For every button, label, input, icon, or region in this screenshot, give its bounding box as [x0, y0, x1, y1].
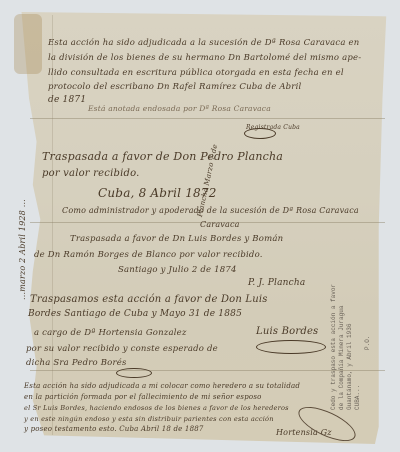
endorsement-4-signature: Luis Bordes [256, 326, 318, 337]
top-line-1: Esta acción ha sido adjudicada a la suce… [48, 38, 359, 48]
endorsement-2-line-2: Caravaca [200, 220, 240, 229]
paper-stain [14, 14, 42, 74]
endorsement-3-line-2: de Dn Ramón Borges de Blanco por valor r… [34, 250, 263, 260]
printed-stamp-line-1: Cedo y traspaso esta acción a favor [330, 284, 337, 410]
endorsement-4-line-5: dicha Sra Pedro Borés [26, 358, 127, 368]
printed-stamp-line-4: CUBA... [354, 385, 361, 410]
endorsement-4-line-3: a cargo de Dª Hortensia Gonzalez [34, 328, 187, 338]
endorsement-3-signature: P. J. Plancha [248, 278, 305, 288]
top-faint-line: Está anotada endosada por Dª Rosa Carava… [88, 104, 271, 113]
endorsement-1-line-1: Traspasada a favor de Don Pedro Plancha [42, 150, 283, 163]
top-line-4: protocolo del escribano Dn Rafel Ramírez… [48, 82, 301, 92]
bottom-line-4: y en este ningún endoso y esta sin distr… [24, 415, 274, 423]
printed-stamp-line-3: Guantánamo, y Abril 1936 [346, 324, 353, 410]
bottom-line-5: y poseo testamento esto. Cuba Abril 18 d… [24, 425, 204, 433]
stamp-flourish [244, 128, 276, 139]
signature-flourish [256, 340, 326, 354]
signature-flourish [116, 368, 152, 378]
endorsement-4-line-2: Bordes Santiago de Cuba y Mayo 31 de 188… [28, 309, 242, 319]
endorsement-4-line-4: por su valor recibido y conste esperado … [26, 344, 218, 354]
top-line-3: llido consultada en escritura pública ot… [48, 68, 344, 78]
endorsement-3-line-1: Traspasada a favor de Dn Luis Bordes y B… [70, 234, 283, 244]
printed-stamp-line-2: de la Compañía Minera Juragua [338, 306, 345, 410]
top-line-5: de 1871 [48, 95, 86, 105]
bottom-line-3: el Sr Luis Bordes, haciendo endosos de l… [24, 404, 289, 412]
top-line-2: la división de los bienes de su hermano … [48, 53, 361, 63]
fold-line [30, 118, 385, 119]
printed-stamp-line-5: P.O. [364, 336, 371, 350]
left-margin-note: ...marzo 2 Abril 1928 ... [18, 199, 27, 300]
margin-line [52, 15, 53, 435]
endorsement-3-line-3: Santiago y Julio 2 de 1874 [118, 265, 237, 275]
bottom-line-2: en la partición formada por el fallecimi… [24, 393, 262, 401]
endorsement-4-line-1: Traspasamos esta acción a favor de Don L… [30, 294, 268, 305]
bottom-line-1: Esta acción ha sido adjudicada a mi colo… [24, 382, 300, 390]
endorsement-2-line-1: Como administrador y apoderado de la suc… [62, 206, 359, 215]
endorsement-1-line-2: por valor recibido. [42, 168, 140, 179]
